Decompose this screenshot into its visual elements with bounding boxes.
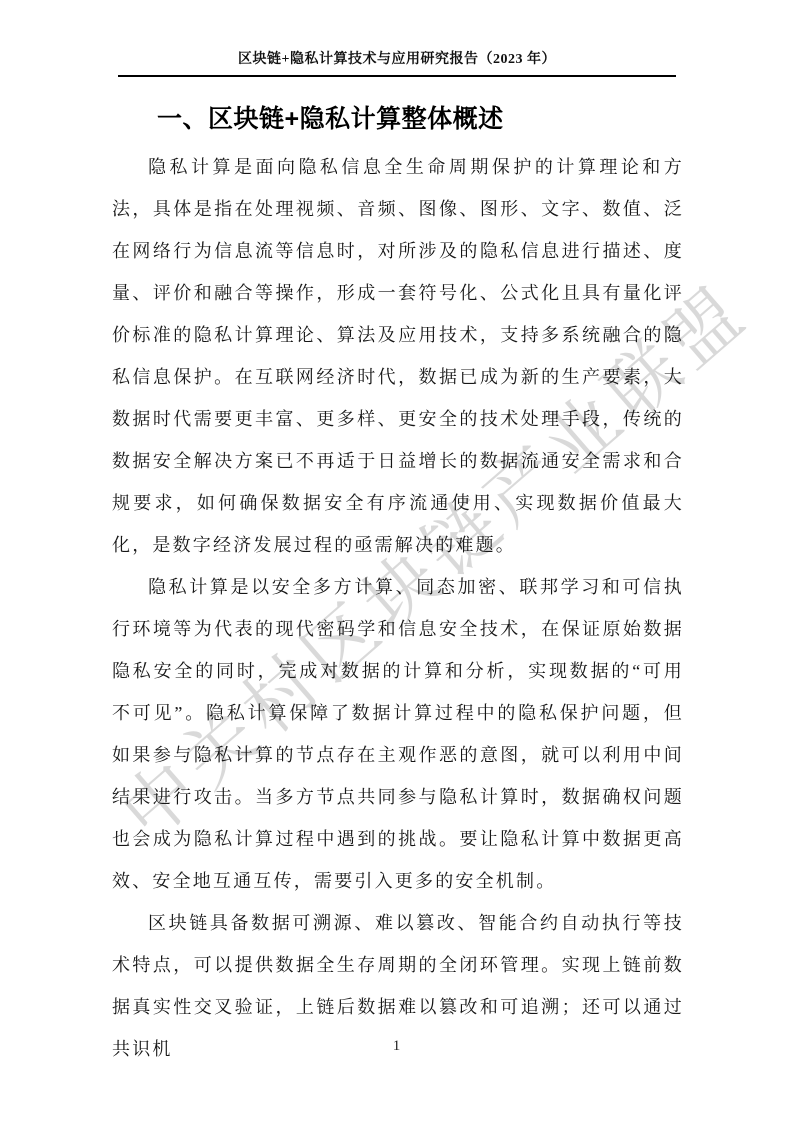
- body-text-block: 隐私计算是面向隐私信息全生命周期保护的计算理论和方法，具体是指在处理视频、音频、…: [112, 146, 684, 1070]
- paragraph-2: 隐私计算是以安全多方计算、同态加密、联邦学习和可信执行环境等为代表的现代密码学和…: [112, 566, 684, 902]
- section-title: 一、区块链+隐私计算整体概述: [157, 99, 504, 135]
- running-header: 区块链+隐私计算技术与应用研究报告（2023 年）: [118, 48, 676, 68]
- header-divider: [118, 75, 676, 77]
- document-page: 中关村区块链产业联盟 区块链+隐私计算技术与应用研究报告（2023 年） 一、区…: [0, 0, 793, 1122]
- page-number: 1: [0, 1038, 793, 1055]
- paragraph-1: 隐私计算是面向隐私信息全生命周期保护的计算理论和方法，具体是指在处理视频、音频、…: [112, 146, 684, 566]
